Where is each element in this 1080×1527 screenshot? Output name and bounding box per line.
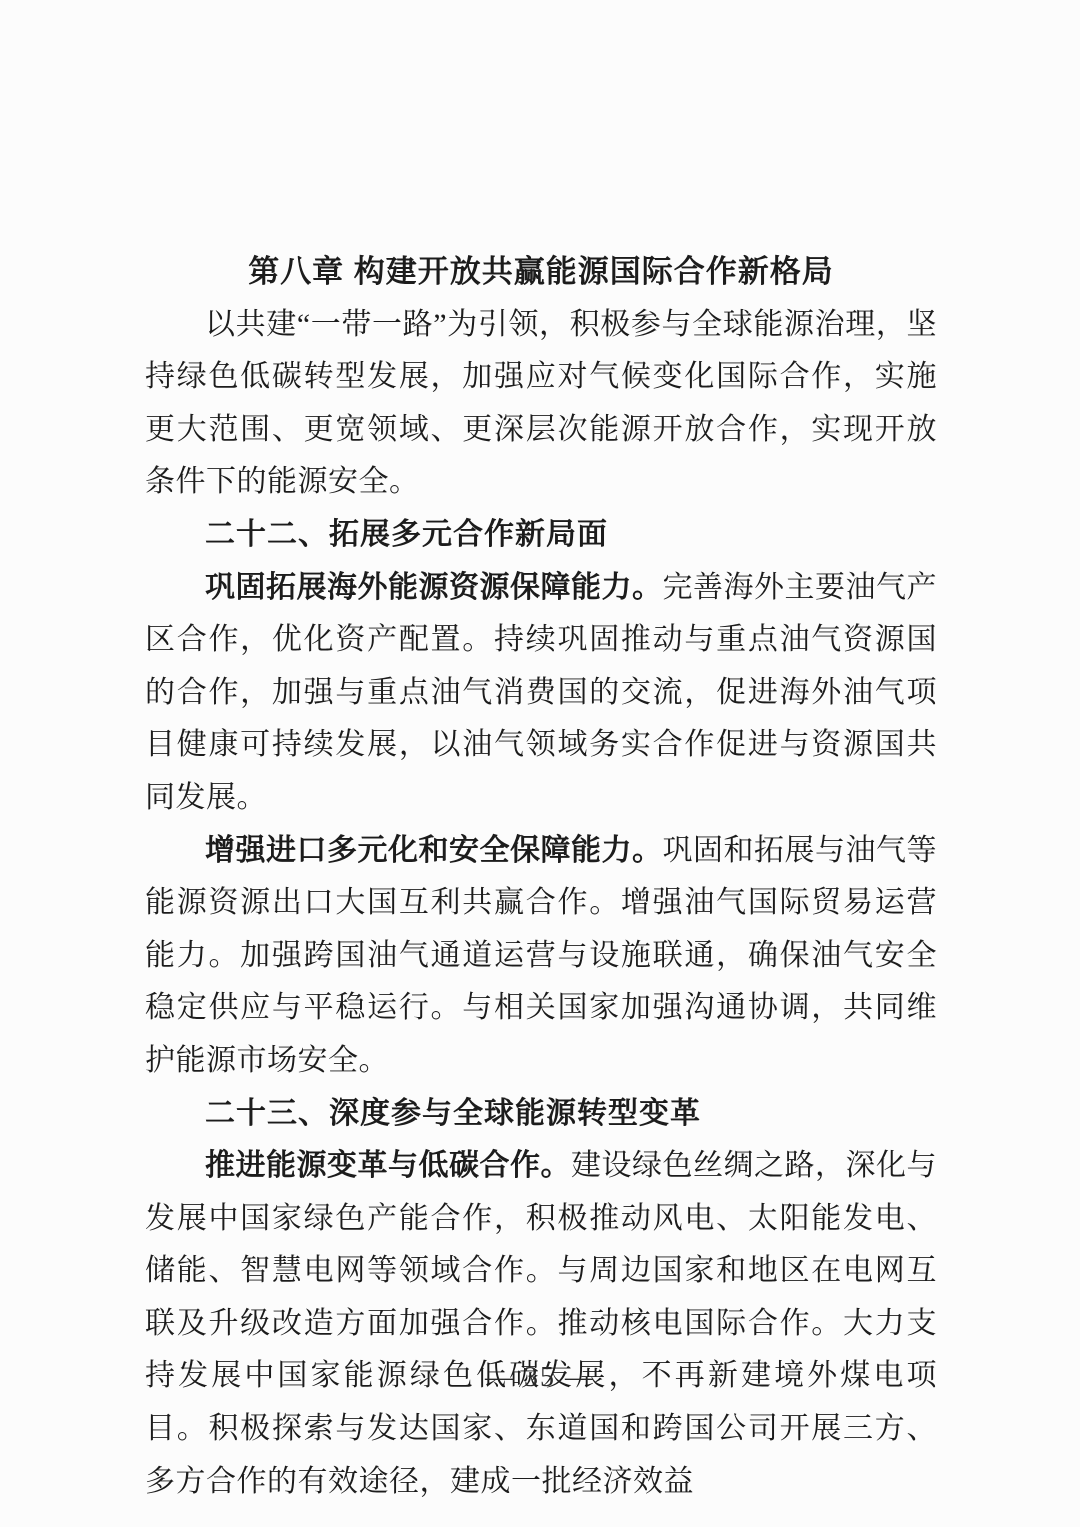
- paragraph: 推进能源变革与低碳合作。建设绿色丝绸之路，深化与发展中国家绿色产能合作，积极推动…: [145, 1140, 937, 1508]
- paragraph: 巩固拓展海外能源资源保障能力。完善海外主要油气产区合作，优化资产配置。持续巩固推…: [145, 562, 937, 825]
- paragraph: 增强进口多元化和安全保障能力。巩固和拓展与油气等能源资源出口大国互利共赢合作。增…: [145, 825, 937, 1088]
- document-page: 第八章 构建开放共赢能源国际合作新格局 以共建“一带一路”为引领，积极参与全球能…: [0, 0, 1080, 1527]
- paragraph-lead: 推进能源变革与低碳合作。: [205, 1149, 571, 1182]
- paragraph-body: 建设绿色丝绸之路，深化与发展中国家绿色产能合作，积极推动风电、太阳能发电、储能、…: [145, 1149, 937, 1498]
- paragraph-body: 巩固和拓展与油气等能源资源出口大国互利共赢合作。增强油气国际贸易运营能力。加强跨…: [145, 834, 937, 1077]
- page-content: 第八章 构建开放共赢能源国际合作新格局 以共建“一带一路”为引领，积极参与全球能…: [145, 246, 937, 1508]
- section-heading-22: 二十二、拓展多元合作新局面: [145, 509, 937, 562]
- paragraph-body: 完善海外主要油气产区合作，优化资产配置。持续巩固推动与重点油气资源国的合作，加强…: [145, 571, 937, 814]
- section-heading-23: 二十三、深度参与全球能源转型变革: [145, 1088, 937, 1141]
- paragraph-lead: 增强进口多元化和安全保障能力。: [205, 834, 663, 867]
- chapter-title: 第八章 构建开放共赢能源国际合作新格局: [145, 246, 937, 299]
- page-number: — 35 —: [0, 1352, 1080, 1404]
- intro-paragraph: 以共建“一带一路”为引领，积极参与全球能源治理，坚持绿色低碳转型发展，加强应对气…: [145, 299, 937, 509]
- paragraph-lead: 巩固拓展海外能源资源保障能力。: [205, 571, 663, 604]
